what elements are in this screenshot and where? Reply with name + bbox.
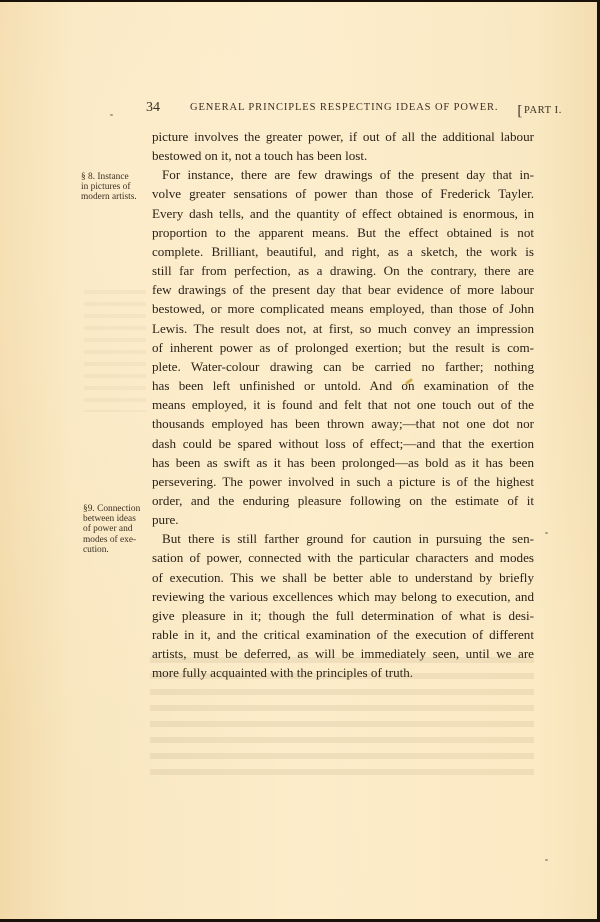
text-line: sation of power, connected with the part… bbox=[152, 548, 534, 567]
text-line: of inherent power as of prolonged exerti… bbox=[152, 338, 534, 357]
paragraph-continuation: picture involves the greater power, if o… bbox=[152, 127, 534, 165]
text-line: order, and the enduring pleasure followi… bbox=[152, 491, 534, 510]
bracket-glyph: [ bbox=[517, 103, 523, 119]
text-line: volve greater sensations of power than t… bbox=[152, 184, 534, 203]
sidenote-section-9: §9. Connection between ideas of power an… bbox=[83, 504, 149, 555]
text-line: still far from perfection, as a drawing.… bbox=[152, 261, 534, 280]
paper-speck bbox=[545, 532, 548, 534]
text-line: bestowed on it, not a touch has been los… bbox=[152, 146, 534, 165]
text-line: few drawings of the present day that bea… bbox=[152, 280, 534, 299]
show-through-texture bbox=[150, 650, 534, 778]
text-line: means employed, it is found and felt tha… bbox=[152, 395, 534, 414]
sidenote-line: cution. bbox=[83, 545, 149, 555]
sidenote-line: § 8. Instance bbox=[81, 172, 149, 182]
part-label: [PART I. bbox=[517, 101, 562, 118]
sidenote-line: in pictures of bbox=[81, 182, 149, 192]
paragraph-section-8: For instance, there are few drawings of … bbox=[152, 165, 534, 529]
text-line: reviewing the various excellences which … bbox=[152, 587, 534, 606]
text-line: complete. Brilliant, beautiful, and righ… bbox=[152, 242, 534, 261]
running-header: 34 General Principles Respecting Ideas o… bbox=[146, 101, 562, 119]
running-title: General Principles Respecting Ideas of P… bbox=[190, 102, 498, 113]
part-text: PART I. bbox=[524, 105, 562, 116]
page-number: 34 bbox=[146, 100, 160, 116]
text-line: pure. bbox=[152, 510, 534, 529]
sidenote-line: of power and bbox=[83, 524, 149, 534]
text-line: For instance, there are few drawings of … bbox=[152, 165, 534, 184]
body-text: picture involves the greater power, if o… bbox=[152, 127, 534, 683]
text-line: of execution. This we shall be better ab… bbox=[152, 568, 534, 587]
book-page: 34 General Principles Respecting Ideas o… bbox=[0, 2, 597, 919]
text-line: thousands employed has been thrown away;… bbox=[152, 414, 534, 433]
text-line: Lewis. The result does not, at first, so… bbox=[152, 319, 534, 338]
text-line: has been as swift as it has been prolong… bbox=[152, 453, 534, 472]
sidenote-line: §9. Connection bbox=[83, 504, 149, 514]
text-line: But there is still farther ground for ca… bbox=[152, 529, 534, 548]
sidenote-line: between ideas bbox=[83, 514, 149, 524]
paper-speck bbox=[110, 114, 113, 116]
sidenote-line: modes of exe- bbox=[83, 535, 149, 545]
text-line: Every dash tells, and the quantity of ef… bbox=[152, 204, 534, 223]
sidenote-section-8: § 8. Instance in pictures of modern arti… bbox=[81, 172, 149, 203]
paper-speck bbox=[545, 859, 548, 861]
text-line: plete. Water-colour drawing can be carri… bbox=[152, 357, 534, 376]
show-through-texture bbox=[84, 282, 146, 412]
text-line: give pleasure in it; though the full det… bbox=[152, 606, 534, 625]
sidenote-line: modern artists. bbox=[81, 192, 149, 202]
text-line: has been left unfinished or untold. And … bbox=[152, 376, 534, 395]
text-line: dash could be spared without loss of eff… bbox=[152, 434, 534, 453]
text-line: proportion to the apparent means. But th… bbox=[152, 223, 534, 242]
text-line: rable in it, and the critical examinatio… bbox=[152, 625, 534, 644]
text-line: picture involves the greater power, if o… bbox=[152, 127, 534, 146]
text-line: persevering. The power involved in such … bbox=[152, 472, 534, 491]
text-line: bestowed, or more complicated means empl… bbox=[152, 299, 534, 318]
